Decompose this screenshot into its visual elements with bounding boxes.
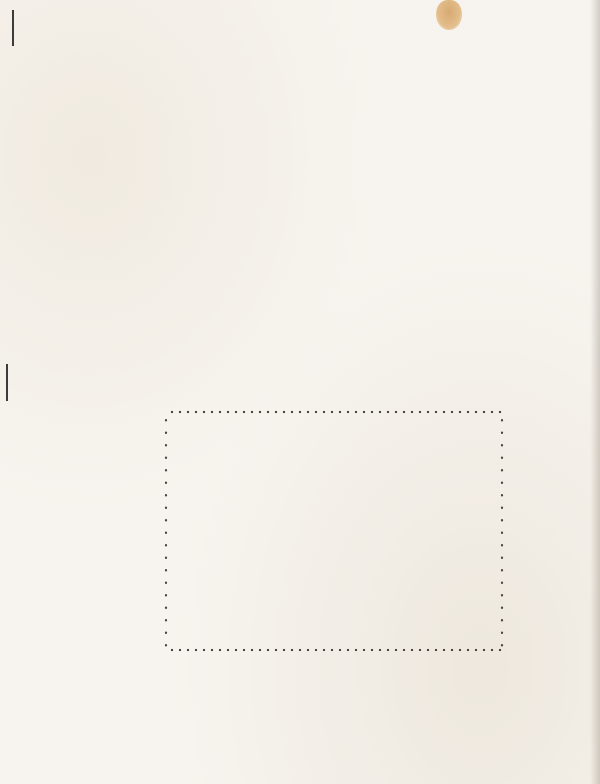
page-edge-shadow — [590, 0, 600, 784]
paper-sheet — [0, 0, 600, 784]
toc-entry — [186, 602, 216, 690]
dotted-border-left — [164, 414, 168, 648]
contents-box — [164, 404, 504, 654]
margin-mark-top — [12, 10, 14, 46]
margin-mark-middle — [6, 364, 8, 401]
dotted-border-right — [500, 414, 504, 648]
coffee-stain — [436, 0, 462, 30]
dotted-border-bottom — [168, 648, 504, 652]
dotted-border-top — [168, 410, 504, 414]
